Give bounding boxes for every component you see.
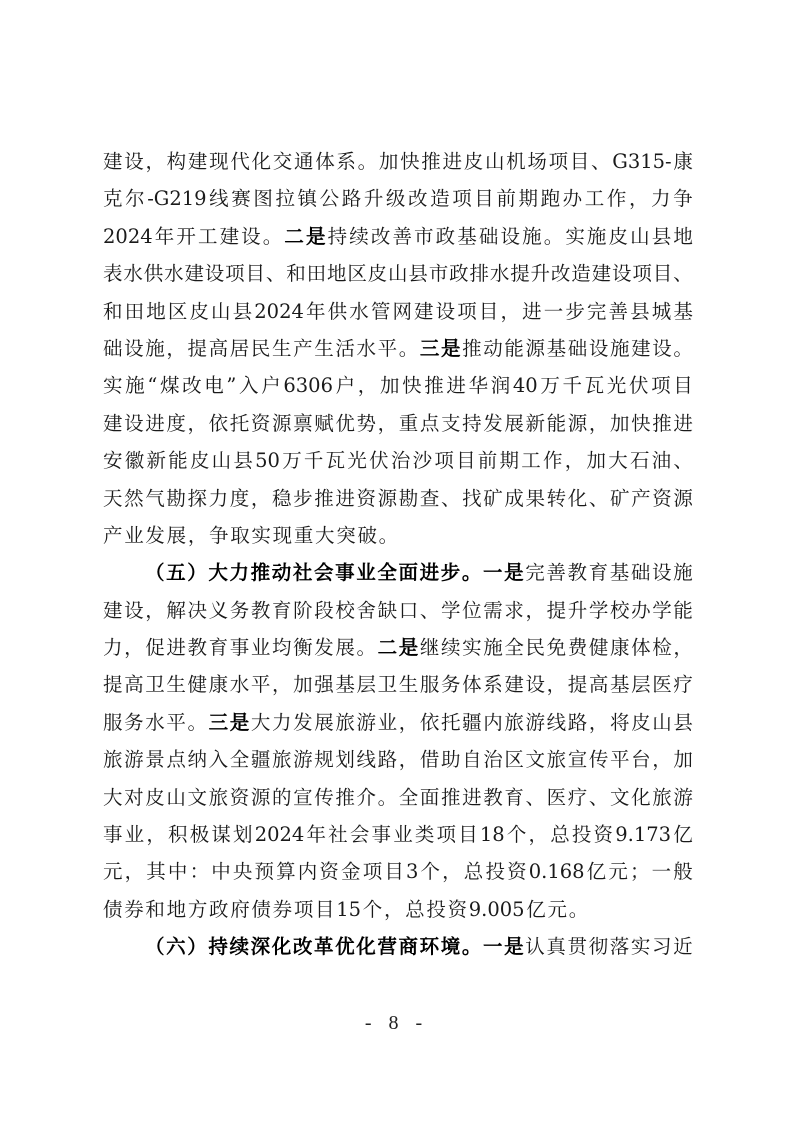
text: 设 <box>526 666 546 703</box>
bold-text: 五 <box>166 554 186 591</box>
text: 水 <box>357 330 377 367</box>
text: 事 <box>230 629 250 666</box>
text: 机 <box>506 143 526 180</box>
text: 设 <box>652 330 672 367</box>
text: 步 <box>293 480 313 517</box>
bold-text: 社 <box>293 554 313 591</box>
bold-text: 二 <box>284 218 304 255</box>
text: 取 <box>230 517 250 554</box>
text: ， <box>166 330 186 367</box>
bold-text: 是 <box>504 554 524 591</box>
text-line: 和田地区皮山县2024年供水管网建设项目，进一步完善县城基 <box>103 293 693 330</box>
bold-text: 是 <box>306 218 326 255</box>
text: 学 <box>652 592 672 629</box>
bold-text: 。 <box>462 928 482 965</box>
text: 纳 <box>188 741 208 778</box>
text-line: 产业发展，争取实现重大突破。 <box>103 517 693 554</box>
text: 金 <box>341 853 361 890</box>
text: 年 <box>307 816 327 853</box>
text: 山 <box>485 143 505 180</box>
text: ， <box>565 442 585 479</box>
text: 育 <box>589 554 609 591</box>
text: ， <box>500 293 520 330</box>
text: 路 <box>342 180 362 217</box>
bold-text: ） <box>187 928 207 965</box>
text: 城 <box>652 293 672 330</box>
text: 大 <box>251 704 271 741</box>
text: 方 <box>188 891 208 928</box>
text-line: 元，其中：中央预算内资金项目3个，总投资0.168亿元；一般 <box>103 853 693 890</box>
text: 煤 <box>160 367 180 404</box>
text: 校 <box>335 592 355 629</box>
text: 、 <box>420 592 440 629</box>
text: 赋 <box>314 405 334 442</box>
text: 。 <box>357 629 377 666</box>
text: 发 <box>145 517 165 554</box>
bold-text: 事 <box>335 554 355 591</box>
text: 级 <box>386 180 406 217</box>
text: 进 <box>166 629 186 666</box>
text: 教 <box>188 629 208 666</box>
text: ； <box>630 853 650 890</box>
text: ， <box>146 816 166 853</box>
text: 育 <box>504 779 524 816</box>
text: 设 <box>124 592 144 629</box>
text: 安 <box>103 442 123 479</box>
text: 化 <box>568 480 588 517</box>
text: 推 <box>652 405 672 442</box>
text: 段 <box>314 592 334 629</box>
text: G315- <box>612 143 671 180</box>
text: 资 <box>319 853 339 890</box>
text: 源 <box>568 405 588 442</box>
text: 阶 <box>293 592 313 629</box>
text: 旅 <box>103 741 123 778</box>
text: 础 <box>479 218 499 255</box>
text: 位 <box>462 592 482 629</box>
text: 动 <box>483 330 503 367</box>
text: 体 <box>462 666 482 703</box>
text: ， <box>652 741 672 778</box>
text: 求 <box>504 592 524 629</box>
text: 县 <box>630 293 650 330</box>
bold-text: 是 <box>504 928 524 965</box>
text: 会 <box>350 816 370 853</box>
text: 天 <box>103 480 123 517</box>
text: 台 <box>631 741 651 778</box>
text: 资 <box>652 480 672 517</box>
text: 个 <box>507 816 527 853</box>
bold-text: 化 <box>272 928 292 965</box>
text: 入 <box>209 741 229 778</box>
text: 千 <box>563 367 583 404</box>
text: 皮 <box>609 218 629 255</box>
text: 气 <box>145 480 165 517</box>
text: 一 <box>652 853 672 890</box>
text: 路 <box>568 704 588 741</box>
text: 文 <box>610 779 630 816</box>
text: ， <box>547 666 567 703</box>
text: 图 <box>253 180 273 217</box>
text: 升 <box>364 180 384 217</box>
text: 极 <box>190 816 210 853</box>
text: 、 <box>673 442 693 479</box>
text: 设 <box>500 218 520 255</box>
text: 表 <box>103 255 123 292</box>
text: 加 <box>673 741 693 778</box>
text: 持 <box>462 405 482 442</box>
text: 排 <box>469 255 489 292</box>
text: 口 <box>399 592 419 629</box>
bold-text: 是 <box>399 629 419 666</box>
text: 改 <box>408 180 428 217</box>
text: ， <box>188 517 208 554</box>
text-line: 事业，积极谋划2024年社会事业类项目18个，总投资9.173亿 <box>103 816 693 853</box>
text: 生 <box>166 666 186 703</box>
text: -G219 <box>147 180 206 217</box>
text: 民 <box>526 629 546 666</box>
text: 业 <box>124 517 144 554</box>
text: 镇 <box>298 180 318 217</box>
text: 区 <box>347 255 367 292</box>
text: 路 <box>378 741 398 778</box>
text: ， <box>589 405 609 442</box>
text: 疆 <box>251 741 271 778</box>
text: 场 <box>527 143 547 180</box>
text: 田 <box>307 255 327 292</box>
text: 全 <box>504 629 524 666</box>
text: 。 <box>673 330 693 367</box>
text: 建 <box>504 666 524 703</box>
text: 项 <box>452 180 472 217</box>
text: 项 <box>363 853 383 890</box>
text: 查 <box>420 480 440 517</box>
text: 务 <box>230 592 250 629</box>
bold-text: 。 <box>462 554 482 591</box>
text: 实 <box>565 218 585 255</box>
text: 借 <box>420 741 440 778</box>
text: 医 <box>652 666 672 703</box>
text: 源 <box>378 480 398 517</box>
text: 进 <box>446 367 466 404</box>
text: 项 <box>294 891 314 928</box>
text: 化 <box>631 779 651 816</box>
text: 沙 <box>413 442 433 479</box>
text: 大 <box>103 779 123 816</box>
text: 通 <box>294 143 314 180</box>
text: 克 <box>103 180 123 217</box>
text: 县 <box>233 293 253 330</box>
text: 然 <box>124 480 144 517</box>
text: 传 <box>589 741 609 778</box>
text: 山 <box>388 255 408 292</box>
text: 善 <box>546 554 566 591</box>
text: 缺 <box>378 592 398 629</box>
text: 文 <box>188 779 208 816</box>
text: 居 <box>230 330 250 367</box>
text: 项 <box>632 255 652 292</box>
text: 生 <box>272 330 292 367</box>
text: 建 <box>220 218 240 255</box>
text: 促 <box>145 629 165 666</box>
text: 康 <box>673 143 693 180</box>
text: 完 <box>525 554 545 591</box>
text: 县 <box>673 704 693 741</box>
text: 。 <box>544 218 564 255</box>
text: 善 <box>392 218 412 255</box>
text: 的 <box>272 779 292 816</box>
text: 步 <box>565 293 585 330</box>
text: 突 <box>336 517 356 554</box>
text: 万 <box>540 367 560 404</box>
text: 宣 <box>293 779 313 816</box>
text: 、 <box>589 779 609 816</box>
text: 皮 <box>190 442 210 479</box>
text: 。 <box>358 143 378 180</box>
text: 区 <box>168 293 188 330</box>
text: 解 <box>166 592 186 629</box>
text: 施 <box>673 554 693 591</box>
text: 依 <box>209 405 229 442</box>
text: 育 <box>209 629 229 666</box>
text: 基 <box>610 554 630 591</box>
text: 实 <box>631 928 651 965</box>
text: 15 <box>336 891 361 928</box>
text: 、 <box>526 779 546 816</box>
text: 、 <box>591 143 611 180</box>
text: 亿 <box>587 853 607 890</box>
text: 政 <box>436 218 456 255</box>
text: 总 <box>550 816 570 853</box>
bold-text: 六 <box>166 928 186 965</box>
text: 业 <box>125 816 145 853</box>
text: 支 <box>441 405 461 442</box>
text: 力 <box>103 629 123 666</box>
text: 项 <box>437 816 457 853</box>
bold-text: （ <box>145 554 165 591</box>
text: 施 <box>145 330 165 367</box>
text: 提 <box>103 666 123 703</box>
text: 优 <box>335 405 355 442</box>
text: 府 <box>230 891 250 928</box>
text: 内 <box>298 853 318 890</box>
text: 管 <box>371 293 391 330</box>
text: 交 <box>273 143 293 180</box>
text: 助 <box>441 741 461 778</box>
text: 设 <box>241 218 261 255</box>
text: ， <box>378 405 398 442</box>
text: 设 <box>612 255 632 292</box>
text-line: 础设施，提高居民生产生活水平。三是推动能源基础设施建设。 <box>103 330 693 367</box>
text: 重 <box>294 517 314 554</box>
text: 争 <box>673 180 693 217</box>
text: 旅 <box>335 704 355 741</box>
text: 债 <box>103 891 123 928</box>
text: 治 <box>391 442 411 479</box>
text: 资 <box>507 853 527 890</box>
text: 山 <box>652 704 672 741</box>
text: 施 <box>587 218 607 255</box>
text: 传 <box>314 779 334 816</box>
text: 新 <box>526 405 546 442</box>
bold-text: 环 <box>420 928 440 965</box>
text: 面 <box>420 779 440 816</box>
text: 目 <box>456 442 476 479</box>
text: 真 <box>546 928 566 965</box>
text: 水 <box>164 255 184 292</box>
bold-text: 一 <box>483 928 503 965</box>
text: 习 <box>652 928 672 965</box>
text: 石 <box>630 442 650 479</box>
bold-text: 一 <box>483 554 503 591</box>
text: 实 <box>462 629 482 666</box>
text: 资 <box>230 779 250 816</box>
bold-text: 化 <box>356 928 376 965</box>
bold-text: 三 <box>209 704 229 741</box>
text: 体 <box>315 143 335 180</box>
text: 现 <box>273 517 293 554</box>
text: 万 <box>282 442 302 479</box>
text: 进 <box>522 293 542 330</box>
text: 游 <box>293 741 313 778</box>
text-line: 实施“煤改电”入户6306户，加快推进华润40万千瓦光伏项目 <box>103 367 693 404</box>
bold-text: 二 <box>378 629 398 666</box>
bold-text: 三 <box>420 330 440 367</box>
text: 开 <box>176 218 196 255</box>
text: 续 <box>441 629 461 666</box>
text: 瓦 <box>585 367 605 404</box>
text: 育 <box>272 592 292 629</box>
text: 水 <box>145 704 165 741</box>
text: 拉 <box>275 180 295 217</box>
text: 力 <box>651 180 671 217</box>
text: 资 <box>251 405 271 442</box>
text: 矿 <box>610 480 630 517</box>
text: 校 <box>610 592 630 629</box>
text: 个 <box>363 891 383 928</box>
text: 建 <box>184 255 204 292</box>
text: 、 <box>266 255 286 292</box>
text: 化 <box>252 143 272 180</box>
text: 游 <box>124 741 144 778</box>
text: 类 <box>415 816 435 853</box>
text: ， <box>399 704 419 741</box>
text: 务 <box>124 704 144 741</box>
text: 教 <box>568 554 588 591</box>
text: 续 <box>349 218 369 255</box>
text: 强 <box>314 666 334 703</box>
text: 禀 <box>293 405 313 442</box>
text: 检 <box>652 629 672 666</box>
text-line: 大对皮山文旅资源的宣传推介。全面推进教育、医疗、文化旅游 <box>103 779 693 816</box>
text: 业 <box>393 816 413 853</box>
text: 服 <box>103 704 123 741</box>
text: 跑 <box>541 180 561 217</box>
bold-text: 进 <box>420 554 440 591</box>
text: 华 <box>469 367 489 404</box>
text: 山 <box>630 218 650 255</box>
text: 基 <box>610 666 630 703</box>
text: 层 <box>357 666 377 703</box>
text: 自 <box>462 741 482 778</box>
text: 基 <box>547 330 567 367</box>
text: 源 <box>272 405 292 442</box>
text: 医 <box>547 779 567 816</box>
text: 设 <box>205 255 225 292</box>
bold-text: 动 <box>272 554 292 591</box>
text: 产 <box>103 517 123 554</box>
text: 势 <box>357 405 377 442</box>
text: 业 <box>251 629 271 666</box>
text: 健 <box>188 666 208 703</box>
text: 投 <box>426 891 446 928</box>
text: 转 <box>547 480 567 517</box>
text: 文 <box>526 741 546 778</box>
bold-text: 推 <box>251 554 271 591</box>
text: 全 <box>230 741 250 778</box>
text: ， <box>629 180 649 217</box>
text: 费 <box>568 629 588 666</box>
text: 事 <box>103 816 123 853</box>
text: 施 <box>483 629 503 666</box>
bold-text: 优 <box>335 928 355 965</box>
text: 6306 <box>283 367 333 404</box>
body-text: 建设，构建现代化交通体系。加快推进皮山机场项目、G315-康克尔-G219线赛图… <box>103 143 693 966</box>
text: 央 <box>233 853 253 890</box>
text: 改 <box>182 367 202 404</box>
text: ， <box>442 853 462 890</box>
text: 券 <box>273 891 293 928</box>
bold-text: 营 <box>377 928 397 965</box>
text: 发 <box>293 704 313 741</box>
text: 目 <box>474 180 494 217</box>
text: ， <box>145 592 165 629</box>
text: 个 <box>421 853 441 890</box>
text: 快 <box>400 143 420 180</box>
text: 础 <box>568 330 588 367</box>
text: 供 <box>144 255 164 292</box>
text: 稳 <box>272 480 292 517</box>
text: ， <box>589 704 609 741</box>
text: 务 <box>441 666 461 703</box>
text: 高 <box>589 666 609 703</box>
text: 矿 <box>483 480 503 517</box>
text: 进 <box>335 480 355 517</box>
text: 认 <box>525 928 545 965</box>
text: 展 <box>504 405 524 442</box>
text: 疆 <box>462 704 482 741</box>
text: 加 <box>293 666 313 703</box>
text: 对 <box>124 779 144 816</box>
text: 和 <box>145 891 165 928</box>
bold-text: 深 <box>251 928 271 965</box>
text: 平 <box>610 741 630 778</box>
text: 进 <box>443 143 463 180</box>
text: 代 <box>230 143 250 180</box>
text: 介 <box>357 779 377 816</box>
text: 源 <box>526 330 546 367</box>
text: 山 <box>211 293 231 330</box>
bold-text: 改 <box>293 928 313 965</box>
text: 期 <box>518 180 538 217</box>
text: 推 <box>421 143 441 180</box>
text: 算 <box>276 853 296 890</box>
text: 推 <box>335 779 355 816</box>
text: 度 <box>230 480 250 517</box>
text: 目 <box>673 367 693 404</box>
text: 目 <box>479 293 499 330</box>
text: 工 <box>585 180 605 217</box>
